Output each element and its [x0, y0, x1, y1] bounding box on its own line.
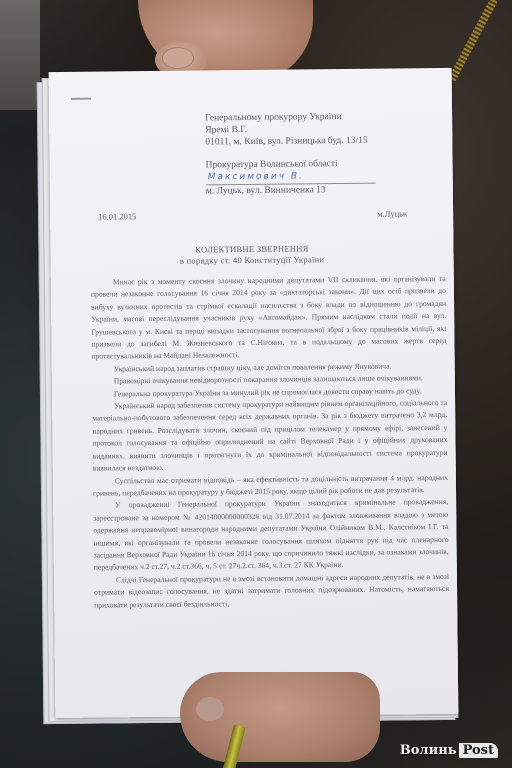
- thumbnail-top: [162, 47, 194, 69]
- paper-stack: Генеральному прокурору України Яремі В.Г…: [37, 68, 459, 722]
- body-paragraph: Слідчі Генеральної прокуратури не в змоз…: [94, 571, 449, 612]
- background-wall: [0, 0, 40, 110]
- thumbnail-bottom: [196, 697, 224, 721]
- body-paragraph: Суспільство має отримати відповідь – яка…: [93, 471, 448, 500]
- body-paragraph: У провадженні Генеральної прокуратури Ук…: [93, 496, 449, 574]
- addressee-line: 01011, м. Київ, вул. Різницька буд. 13/1…: [205, 135, 375, 149]
- body-paragraph: Минає рік з моменту скоєння злочину наро…: [91, 273, 447, 364]
- watermark-text-volyn: Волинь: [400, 743, 457, 758]
- staple: [71, 98, 91, 100]
- watermark-text-post: Post: [459, 743, 498, 758]
- document-date: 16.01.2015: [98, 211, 136, 221]
- recipient2-address: м. Луцьк, вул. Винниченка 13: [206, 184, 376, 198]
- handwritten-signature: Максимович В.: [208, 170, 304, 183]
- document-page: Генеральному прокурору України Яремі В.Г…: [49, 68, 459, 718]
- document-city: м.Луцьк: [377, 208, 407, 218]
- watermark-logo: Волинь Post: [400, 743, 498, 758]
- document-title-block: КОЛЕКТИВНЕ ЗВЕРНЕННЯ в порядку ст. 40 Ко…: [50, 242, 453, 268]
- signature-line: Максимович В.: [206, 170, 376, 186]
- body-paragraph: Український народ забезпечив систему про…: [92, 397, 448, 475]
- addressee-block: Генеральному прокурору України Яремі В.Г…: [205, 111, 376, 198]
- document-body: Минає рік з моменту скоєння злочину наро…: [91, 273, 449, 612]
